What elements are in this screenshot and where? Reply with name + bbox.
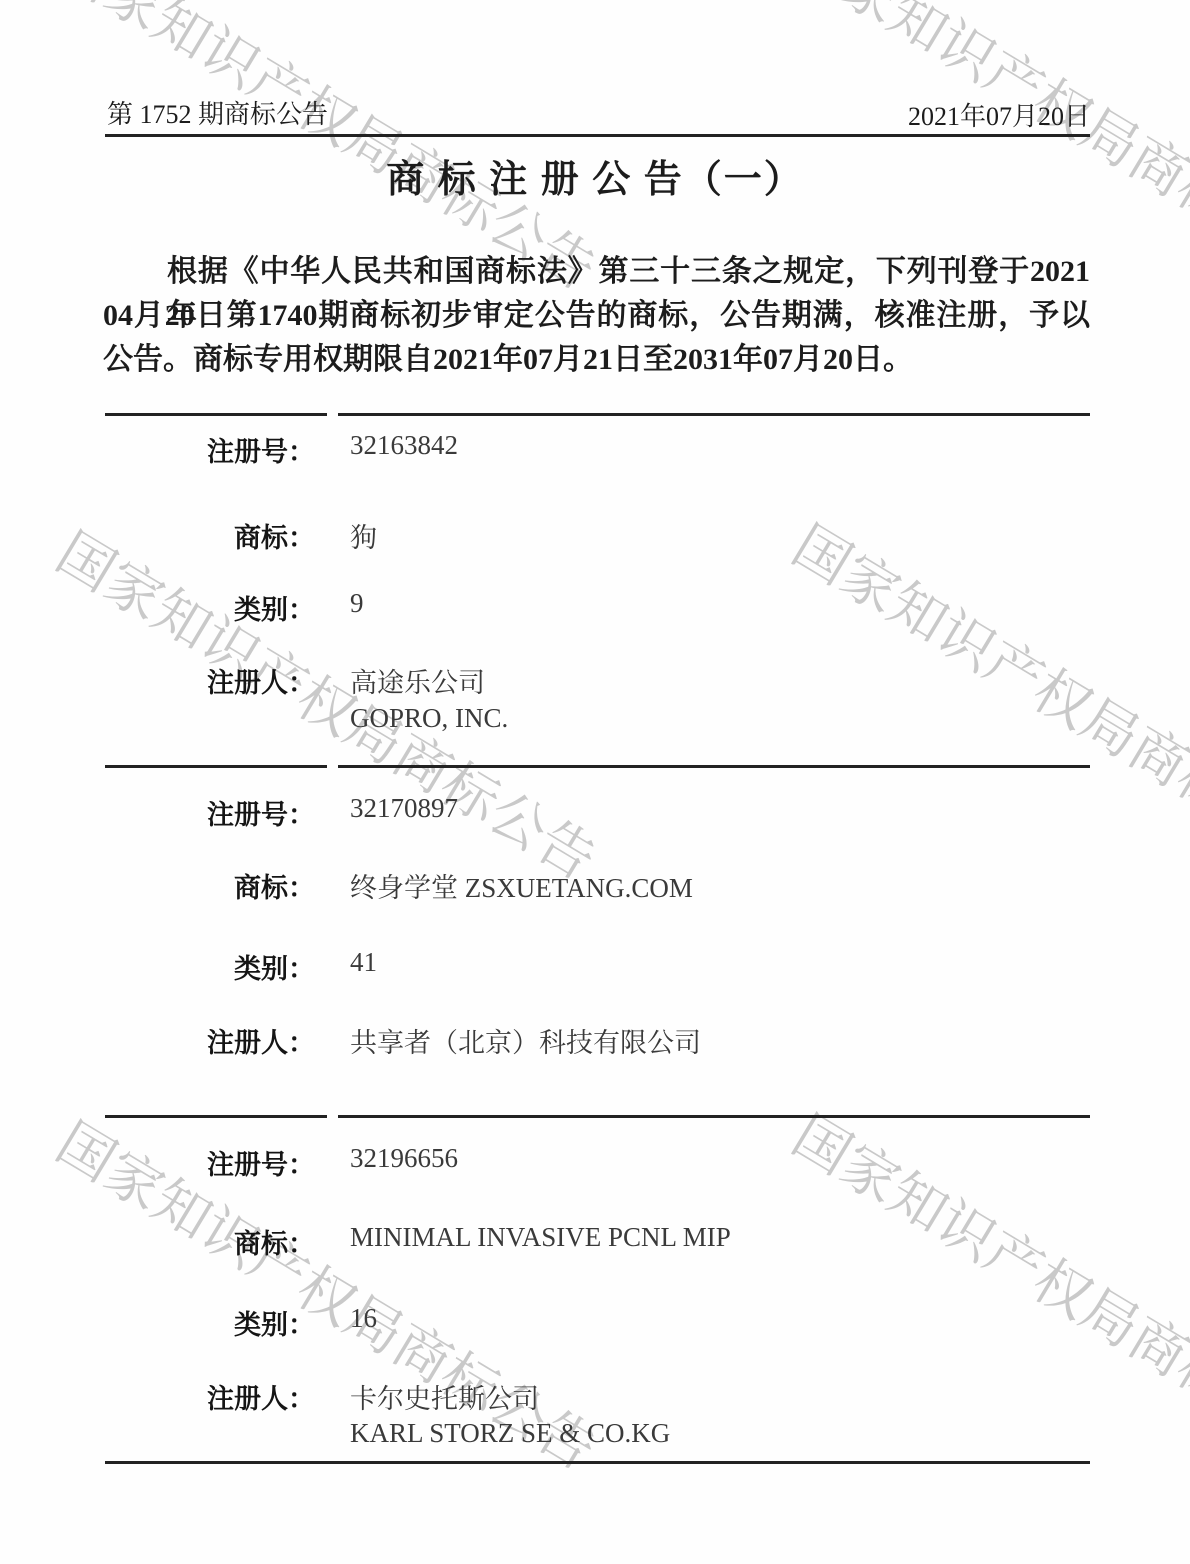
field-value-reg-no: 32163842 [350, 430, 458, 461]
field-value-registrant-latin: GOPRO, INC. [350, 703, 508, 734]
divider-gap [327, 765, 338, 768]
field-value-registrant: 卡尔史托斯公司 [350, 1377, 539, 1416]
field-value-registrant: 共享者（北京）科技有限公司 [350, 1021, 701, 1060]
watermark-middle-left: 国家知识产权局商标公告 [44, 510, 613, 896]
field-value-class: 16 [350, 1303, 377, 1334]
field-value-mark: 终身学堂 ZSXUETANG.COM [350, 866, 693, 905]
field-label-mark: 商标： [105, 1222, 315, 1261]
field-label-mark: 商标： [105, 866, 315, 905]
field-label-mark: 商标： [105, 516, 315, 555]
field-label-reg-no: 注册号： [105, 1143, 315, 1182]
watermark-middle-right: 国家知识产权局商标公告 [780, 503, 1190, 889]
watermark-bottom-right: 国家知识产权局商标公告 [780, 1093, 1190, 1479]
field-value-class: 9 [350, 588, 364, 619]
intro-line-2: 04月20日第1740期商标初步审定公告的商标，公告期满，核准注册，予以 [103, 290, 1090, 334]
divider-gap [327, 1115, 338, 1118]
field-value-class: 41 [350, 947, 377, 978]
entry-divider [105, 1115, 1090, 1118]
field-value-reg-no: 32170897 [350, 793, 458, 824]
gazette-date: 2021年07月20日 [790, 96, 1090, 133]
divider-gap [327, 413, 338, 416]
field-value-mark: 狗 [350, 516, 377, 555]
gazette-page: 国家知识产权局商标公告 国家知识产权局商标公告 国家知识产权局商标公告 国家知识… [0, 0, 1190, 1564]
field-label-reg-no: 注册号： [105, 430, 315, 469]
entry-divider [105, 765, 1090, 768]
field-value-registrant: 高途乐公司 [350, 661, 485, 700]
field-label-class: 类别： [105, 1303, 315, 1342]
gazette-issue-label: 第 1752 期商标公告 [107, 94, 328, 131]
field-label-registrant: 注册人： [105, 661, 315, 700]
intro-line-3: 公告。商标专用权期限自2021年07月21日至2031年07月20日。 [103, 334, 1090, 378]
field-value-mark: MINIMAL INVASIVE PCNL MIP [350, 1222, 731, 1253]
field-label-reg-no: 注册号： [105, 793, 315, 832]
field-label-class: 类别： [105, 588, 315, 627]
page-title: 商 标 注 册 公 告（一） [0, 148, 1190, 203]
field-value-reg-no: 32196656 [350, 1143, 458, 1174]
field-value-registrant-latin: KARL STORZ SE & CO.KG [350, 1418, 670, 1449]
entry-divider [105, 413, 1090, 416]
field-label-registrant: 注册人： [105, 1021, 315, 1060]
header-rule [105, 134, 1090, 137]
field-label-class: 类别： [105, 947, 315, 986]
field-label-registrant: 注册人： [105, 1377, 315, 1416]
closing-rule [105, 1461, 1090, 1464]
